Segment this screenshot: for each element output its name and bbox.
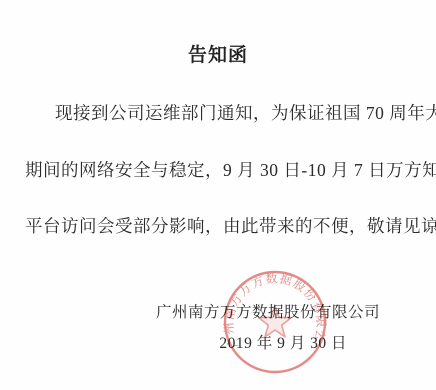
seal-ring <box>225 272 325 372</box>
body-paragraph-line: 现接到公司运维部门通知，为保证祖国 70 周年大庆 <box>25 100 436 125</box>
body-paragraph-line: 期间的网络安全与稳定，9 月 30 日-10 月 7 日万方知识服务 <box>25 157 420 182</box>
document-date: 2019 年 9 月 30 日 <box>219 331 347 353</box>
official-seal-stamp-icon: 广州南方万方数据股份有限公司 <box>215 262 335 382</box>
company-signature: 广州南方万方数据股份有限公司 <box>156 300 380 322</box>
document-title: 告知函 <box>0 40 436 67</box>
notice-document-page: 告知函 现接到公司运维部门通知，为保证祖国 70 周年大庆 期间的网络安全与稳定… <box>0 0 436 390</box>
body-paragraph-line: 平台访问会受部分影响，由此带来的不便，敬请见谅！ <box>25 213 420 238</box>
